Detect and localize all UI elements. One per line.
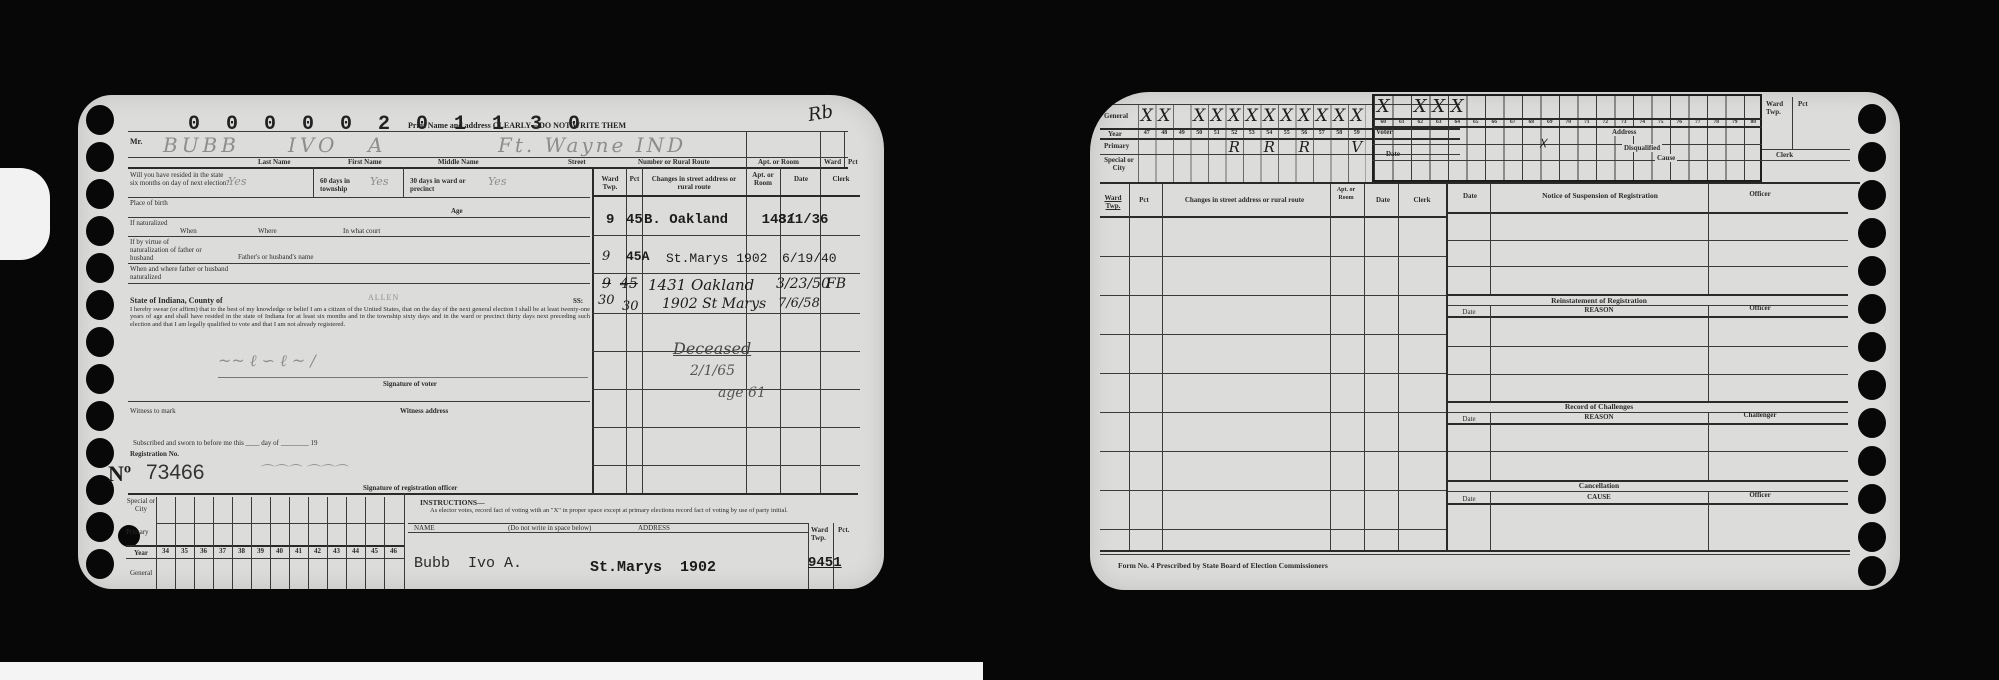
label-first-name: First Name	[348, 158, 382, 166]
suspension-officer-label: Officer	[1710, 190, 1810, 198]
cause-label: Cause	[1655, 154, 1677, 162]
punch-hole	[86, 512, 114, 542]
stub-no-write: (Do not write in space below)	[508, 524, 591, 532]
row-line	[592, 235, 860, 236]
corner-note: Rb	[806, 101, 834, 126]
grid-col	[156, 497, 157, 589]
divider	[1448, 316, 1848, 318]
year-cell: 74	[1633, 119, 1652, 126]
punch-hole	[1858, 180, 1886, 210]
year-row-b: 60 61 62 63 64 65 66 67 68 69 70 71 72 7…	[1374, 119, 1763, 126]
punch-hole	[1858, 484, 1886, 514]
label-street: Street	[568, 158, 586, 166]
divider	[128, 401, 590, 402]
year-cell: 77	[1689, 119, 1708, 126]
year-cell: 64	[1448, 119, 1467, 126]
signature-line	[218, 377, 588, 378]
divider	[128, 131, 848, 132]
row-line	[592, 427, 860, 428]
suspension-date-label: Date	[1448, 192, 1492, 200]
divider	[1100, 550, 1850, 552]
corner-clerk-label: Clerk	[1776, 151, 1793, 159]
year-cell: 60	[1374, 119, 1393, 126]
registration-no-label: Registration No.	[130, 450, 179, 458]
divider	[1100, 182, 1860, 184]
officer-signature-label: Signature of registration officer	[363, 484, 457, 492]
grid-columns-a	[1138, 104, 1366, 182]
voter-signature: ~~ ℓ ∽ ℓ ~ /	[218, 351, 316, 371]
corner-ward-label: Ward Twp.	[1766, 100, 1786, 116]
q-state-residence: Will you have resided in the state six m…	[130, 171, 230, 187]
witness-address-label: Witness address	[400, 407, 448, 415]
street-value: Ft. Wayne IND	[498, 133, 686, 157]
row-ward: 9	[606, 212, 614, 228]
divider	[126, 558, 404, 559]
row-date: 3/23/50	[776, 276, 830, 292]
year-cell: 75	[1652, 119, 1671, 126]
divider	[1448, 240, 1848, 241]
col-apt: Apt. or Room	[1332, 186, 1360, 202]
row-ward: 9	[602, 276, 611, 292]
divider	[1330, 184, 1331, 550]
age-label: Age	[451, 207, 463, 215]
grid-col	[175, 497, 176, 589]
label-pct: Pct	[848, 158, 858, 166]
scanner-tab	[0, 168, 50, 260]
grid-col	[308, 497, 309, 589]
year-cell: 63	[1430, 119, 1449, 126]
punch-hole	[86, 401, 114, 431]
punch-hole	[1858, 142, 1886, 172]
divider	[1372, 144, 1762, 145]
grid-col	[213, 497, 214, 589]
punch-hole	[1858, 218, 1886, 248]
divider	[1448, 374, 1848, 375]
year-cell: 37	[213, 547, 232, 555]
oath-county: ALLEN	[368, 294, 399, 302]
year-cell: 73	[1615, 119, 1634, 126]
year-cell: 41	[289, 547, 308, 555]
divider	[844, 131, 845, 167]
row-pct: 45	[620, 276, 638, 292]
grid-label-year: Year	[1108, 130, 1122, 138]
col-date: Date	[1368, 196, 1398, 204]
header-instruction: Print Name and address CLEARLY—DO NOT WR…	[408, 121, 626, 130]
q-ward: 30 days in ward or precinct	[410, 177, 490, 193]
stub-ward-label: Ward Twp.	[811, 526, 833, 542]
year-cell: 35	[175, 547, 194, 555]
stub-address-label: ADDRESS	[638, 524, 670, 532]
punch-hole	[86, 549, 114, 579]
divider	[1448, 503, 1848, 505]
q-township: 60 days in township	[320, 177, 370, 193]
grid-col	[384, 497, 385, 589]
label-ward: Ward	[824, 158, 841, 166]
year-cell: 66	[1485, 119, 1504, 126]
label-apt: Apt. or Room	[758, 158, 799, 166]
grid-col	[194, 497, 195, 589]
year-cell: 36	[194, 547, 213, 555]
year-cell: 61	[1393, 119, 1412, 126]
punch-hole	[1858, 522, 1886, 552]
last-name-value: BUBB	[163, 133, 240, 157]
challenges-title: Record of Challenges	[1490, 403, 1708, 411]
cancellation-cause-label: CAUSE	[1490, 493, 1708, 501]
divider	[1448, 212, 1848, 214]
year-cell: 76	[1670, 119, 1689, 126]
cancellation-title: Cancellation	[1490, 482, 1708, 490]
divider	[1129, 184, 1130, 550]
col-pct: Pct	[1130, 196, 1158, 204]
divider	[1490, 491, 1491, 551]
row-line	[592, 465, 860, 466]
naturalized-court: In what court	[343, 227, 380, 235]
cancellation-date-label: Date	[1448, 495, 1490, 503]
year-cell: 39	[251, 547, 270, 555]
first-name-value: IVO	[288, 133, 338, 157]
divider	[408, 523, 808, 524]
grid-label-special: Special or City	[1102, 156, 1136, 172]
row-pct: 45A	[626, 249, 649, 264]
col-changes: Changes in street address or rural route	[644, 175, 744, 191]
reinstatement-officer-label: Officer	[1710, 304, 1810, 312]
divider	[1490, 305, 1491, 401]
vote-mark: X	[1374, 96, 1393, 118]
year-cell: 69	[1541, 119, 1560, 126]
divider	[128, 493, 858, 495]
challenges-reason-label: REASON	[1490, 413, 1708, 421]
witness-mark-label: Witness to mark	[130, 407, 176, 415]
divider	[592, 167, 594, 493]
col-changes: Changes in street address or rural route	[1162, 196, 1327, 204]
vote-mark: X	[1430, 96, 1449, 118]
registration-number: 73466	[146, 461, 204, 485]
reinstatement-title: Reinstatement of Registration	[1490, 297, 1708, 305]
divider	[1372, 160, 1762, 161]
punch-hole	[1858, 332, 1886, 362]
stub-address-value: St.Marys 1902	[590, 559, 716, 576]
divider	[1762, 160, 1850, 161]
label-last-name: Last Name	[258, 158, 290, 166]
oath-text: I hereby swear (or affirm) that to the b…	[130, 306, 590, 328]
cancellation-officer-label: Officer	[1710, 491, 1810, 499]
punch-hole	[1858, 556, 1886, 586]
q-ward-value: Yes	[488, 175, 506, 188]
year-cell: 71	[1578, 119, 1597, 126]
q-township-value: Yes	[370, 175, 388, 188]
punch-hole	[86, 327, 114, 357]
year-cell: 34	[156, 547, 175, 555]
col-clerk: Clerk	[822, 175, 860, 183]
grid-label-year: Year	[134, 549, 148, 557]
row-ward: 30	[598, 293, 615, 308]
place-of-birth-label: Place of birth	[130, 199, 190, 207]
divider	[1448, 451, 1848, 452]
naturalized-where: Where	[258, 227, 277, 235]
grid-label-special: Special or City	[126, 497, 156, 513]
punch-hole	[86, 216, 114, 246]
year-cell: 62	[1411, 119, 1430, 126]
vote-mark: X	[1448, 96, 1467, 118]
row-pct: 30	[622, 299, 639, 314]
officer-signature: ⌒⌒⌒ ⌒⌒⌒	[258, 461, 346, 481]
year-cell: 78	[1707, 119, 1726, 126]
divider	[128, 197, 590, 198]
punch-hole	[1858, 104, 1886, 134]
divider	[128, 236, 590, 237]
divider	[1448, 346, 1848, 347]
row-pct: 45	[626, 212, 643, 228]
divider	[1708, 491, 1709, 551]
disqualified-label: Disqualified	[1622, 144, 1662, 152]
year-cell: 68	[1522, 119, 1541, 126]
virtue-label: If by virtue of naturalization of father…	[130, 238, 205, 262]
row-date: 8/1/36	[778, 212, 828, 228]
naturalized-label: If naturalized	[130, 219, 190, 227]
divider	[1448, 266, 1848, 267]
divider	[1448, 294, 1848, 296]
row-address: St.Marys 1902	[666, 251, 767, 266]
vote-mark	[1393, 96, 1412, 118]
punch-hole	[86, 364, 114, 394]
divider	[820, 131, 821, 167]
col-apt: Apt. or Room	[748, 171, 778, 187]
grid-label-general: General	[130, 569, 152, 577]
year-cell: 67	[1504, 119, 1523, 126]
date-label: Date	[1386, 150, 1400, 158]
punch-hole	[1858, 370, 1886, 400]
year-cell: 46	[384, 547, 403, 555]
stub-name-label: NAME	[414, 524, 435, 532]
year-cell: 42	[308, 547, 327, 555]
grid-col	[270, 497, 271, 589]
general-marks-b: X X X X	[1374, 96, 1467, 118]
deceased-age: age 61	[718, 385, 766, 401]
divider	[408, 532, 808, 533]
address-label: Address	[1610, 128, 1638, 136]
divider	[128, 157, 848, 158]
punch-hole	[86, 142, 114, 172]
reinstatement-date-label: Date	[1448, 308, 1490, 316]
oath-ss: SS:	[573, 297, 583, 305]
vote-mark: ☓	[1538, 134, 1547, 153]
row-date: 6/19/40	[782, 251, 837, 266]
reinstatement-reason-label: REASON	[1490, 306, 1708, 314]
deceased-date: 2/1/65	[690, 363, 735, 379]
divider	[1364, 184, 1365, 550]
row-ward: 9	[602, 249, 610, 264]
divider	[1708, 305, 1709, 401]
col-date: Date	[782, 175, 820, 183]
grid-col	[232, 497, 233, 589]
divider	[1490, 412, 1491, 480]
year-cell: 45	[365, 547, 384, 555]
divider	[592, 195, 860, 197]
challenges-date-label: Date	[1448, 415, 1490, 423]
registration-card-front: 0 0 0 0 0 2 0 1 1 3 0 Print Name and add…	[78, 95, 884, 589]
registration-card-back: General Year Primary Special or City 47 …	[1090, 92, 1900, 590]
divider	[1398, 184, 1399, 550]
instructions-text: As elector votes, record fact of voting …	[430, 507, 850, 514]
divider	[128, 283, 590, 284]
q-state-value: Yes	[228, 175, 246, 188]
row-clerk: FB	[826, 276, 846, 292]
divider	[1792, 97, 1793, 149]
punch-hole	[86, 105, 114, 135]
punch-hole	[1858, 408, 1886, 438]
divider	[128, 217, 590, 218]
signature-voter-label: Signature of voter	[383, 380, 437, 388]
suspension-title: Notice of Suspension of Registration	[1492, 192, 1708, 200]
divider	[1448, 423, 1848, 425]
divider	[1762, 149, 1850, 150]
year-cell: 70	[1559, 119, 1578, 126]
divider	[1490, 184, 1491, 294]
middle-name-value: A	[368, 133, 382, 157]
year-cell: 43	[327, 547, 346, 555]
year-cell: 38	[232, 547, 251, 555]
col-ward-twp: Ward Twp.	[594, 175, 626, 191]
grid-col	[365, 497, 366, 589]
grid-label-general: General	[1104, 112, 1128, 120]
oath-heading: State of Indiana, County of	[130, 297, 223, 305]
punch-hole	[86, 290, 114, 320]
row-address: B. Oakland 1431	[644, 212, 795, 228]
divider	[313, 167, 314, 197]
col-clerk: Clerk	[1402, 196, 1442, 204]
name-prefix: Mr.	[130, 137, 142, 146]
stub-name-value: Bubb Ivo A.	[414, 555, 522, 572]
changes-rows	[1100, 218, 1448, 550]
year-cell: 44	[346, 547, 365, 555]
punch-hole	[1858, 256, 1886, 286]
punch-hole	[86, 179, 114, 209]
year-cell: 72	[1596, 119, 1615, 126]
stub-pct-label: Pct.	[838, 526, 849, 534]
grid-col	[251, 497, 252, 589]
divider	[404, 493, 405, 589]
naturalized-when: When	[180, 227, 197, 235]
scan-border-strip	[0, 662, 983, 680]
subscribed-line: Subscribed and sworn to before me this _…	[133, 439, 318, 447]
divider	[1100, 554, 1850, 555]
registration-no-symbol: Nº	[108, 461, 131, 487]
divider	[1708, 412, 1709, 480]
label-middle-name: Middle Name	[438, 158, 479, 166]
col-pct: Pct	[627, 175, 642, 183]
col-ward-twp: Ward Twp.	[1100, 194, 1126, 210]
punch-hole	[86, 253, 114, 283]
label-number: Number or Rural Route	[638, 158, 710, 166]
voter-label: Voter	[1376, 128, 1392, 136]
deceased-note: Deceased	[673, 339, 751, 358]
year-cell: 80	[1744, 119, 1763, 126]
divider	[1372, 126, 1762, 128]
year-cell: 79	[1726, 119, 1745, 126]
stub-ward-pct-value: 9451	[808, 555, 842, 571]
when-where-naturalized: When and where father or husband natural…	[130, 265, 240, 281]
divider	[1708, 184, 1709, 294]
grid-col	[289, 497, 290, 589]
challenges-challenger-label: Challenger	[1710, 411, 1810, 419]
punch-hole	[1858, 294, 1886, 324]
divider	[128, 167, 848, 169]
vote-mark: X	[1411, 96, 1430, 118]
divider	[1162, 184, 1163, 550]
year-cell: 65	[1467, 119, 1486, 126]
divider	[128, 263, 590, 264]
grid-col	[346, 497, 347, 589]
father-husband-name-label: Father's or husband's name	[238, 253, 313, 261]
row-address: 1902 St Marys	[662, 296, 766, 312]
row-line	[592, 273, 860, 274]
divider	[403, 167, 404, 197]
row-date: 7/6/58	[778, 296, 820, 311]
year-cell: 40	[270, 547, 289, 555]
grid-col	[327, 497, 328, 589]
grid-label-primary: Primary	[1104, 142, 1129, 150]
form-footer: Form No. 4 Prescribed by State Board of …	[1118, 562, 1328, 570]
grid-label-primary: Primary	[126, 528, 149, 536]
row-address: 1431 Oakland	[648, 276, 754, 294]
divider	[746, 131, 747, 167]
punch-hole	[1858, 446, 1886, 476]
instructions-heading: INSTRUCTIONS—	[420, 499, 485, 507]
corner-pct-label: Pct	[1798, 100, 1808, 108]
